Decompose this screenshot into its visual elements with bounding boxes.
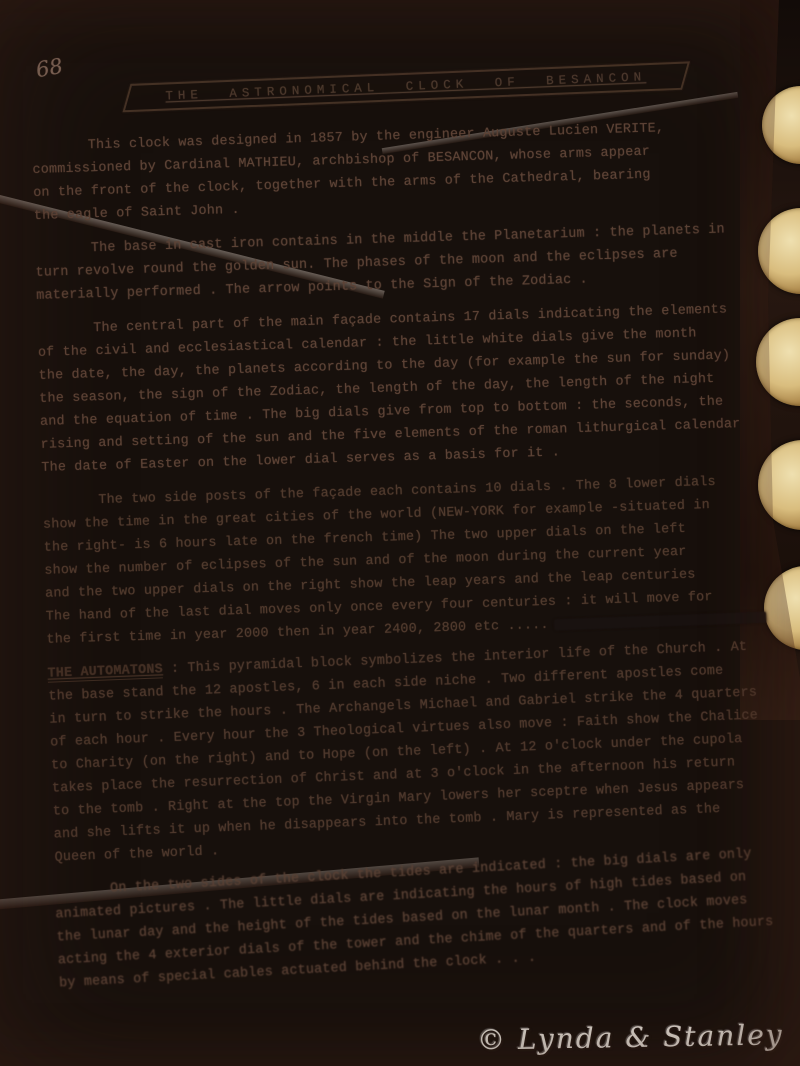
photo-of-typed-document: { "photo": { "page_number": "68", "water… (0, 0, 800, 1066)
copyright-watermark: © Lynda & Stanley (477, 1018, 784, 1056)
typed-content: THE ASTRONOMICAL CLOCK OF BESANCON This … (30, 62, 800, 1007)
title-box: THE ASTRONOMICAL CLOCK OF BESANCON (122, 61, 690, 112)
redacted-text-bar (554, 612, 766, 631)
paragraph: THE AUTOMATONS : This pyramidal block sy… (47, 634, 800, 870)
paragraph: The two side posts of the façade each co… (42, 469, 794, 652)
document-page: 68 THE ASTRONOMICAL CLOCK OF BESANCON Th… (0, 0, 800, 1066)
paragraph: The base in cast iron contains in the mi… (35, 217, 785, 308)
document-title: THE ASTRONOMICAL CLOCK OF BESANCON (166, 70, 647, 103)
page-number: 68 (34, 54, 64, 82)
paragraph: This clock was designed in 1857 by the e… (32, 114, 782, 228)
section-heading: THE AUTOMATONS (47, 662, 163, 682)
photo-canvas: 68 THE ASTRONOMICAL CLOCK OF BESANCON Th… (0, 0, 800, 1066)
paragraph: The central part of the main façade cont… (37, 297, 789, 480)
